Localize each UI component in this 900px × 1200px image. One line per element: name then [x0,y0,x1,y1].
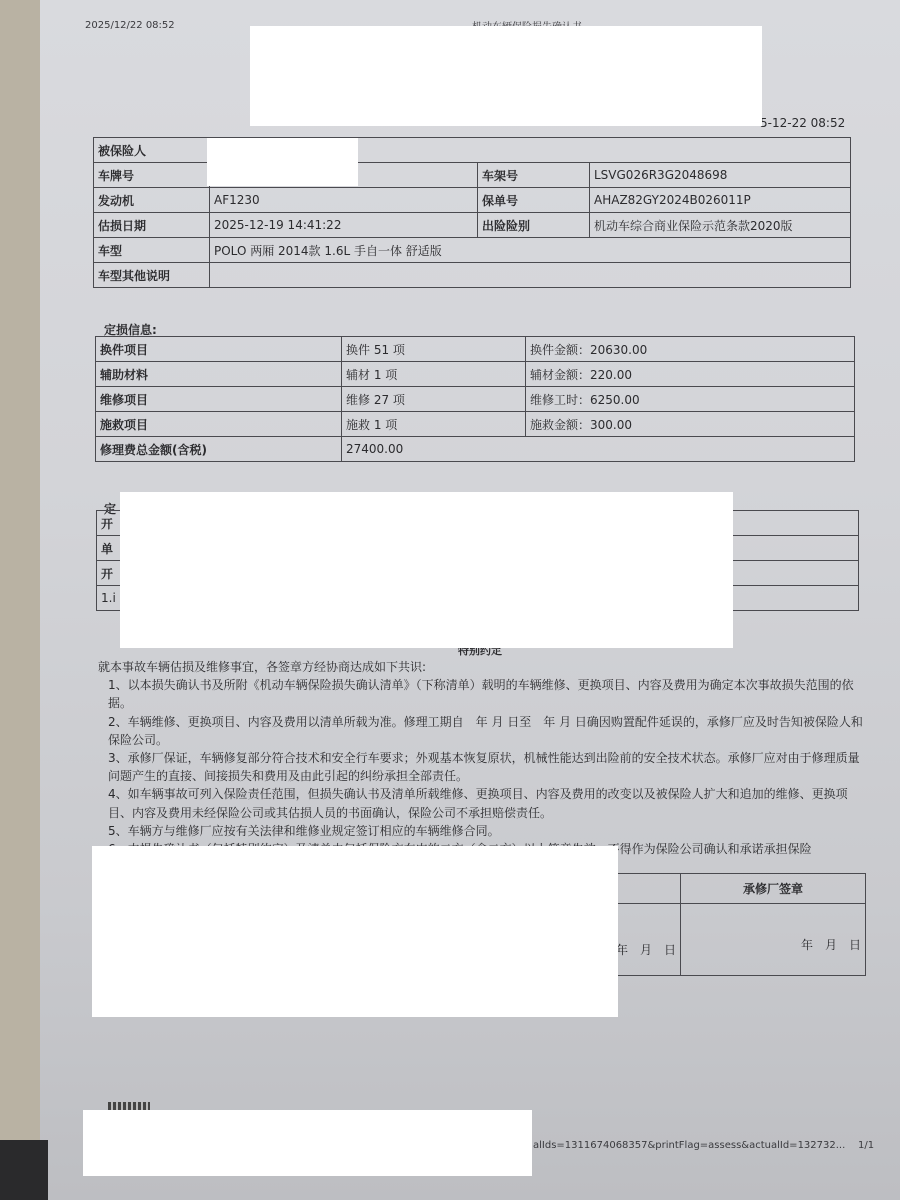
materials-count: 辅材 1 项 [342,362,526,387]
redaction-block [83,1110,532,1176]
repair-labor-amount: 维修工时：6250.00 [526,387,855,412]
vin-label: 车架号 [478,163,590,188]
table-row: 修理费总金额(含税) 27400.00 [96,437,855,462]
table-row: 施救项目 施救 1 项 施救金额：300.00 [96,412,855,437]
redaction-block [120,492,733,648]
rescue-count: 施救 1 项 [342,412,526,437]
special-agreement-text: 就本事故车辆估损及维修事宜，各签章方经协商达成如下共识: 1、以本损失确认书及所… [98,658,863,858]
engine-label: 发动机 [94,188,210,213]
table-row: 维修项目 维修 27 项 维修工时：6250.00 [96,387,855,412]
repair-count: 维修 27 项 [342,387,526,412]
policy-label: 保单号 [478,188,590,213]
page-number: 1/1 [858,1140,874,1151]
table-row: 辅助材料 辅材 1 项 辅材金额：220.00 [96,362,855,387]
footer-url: alIds=1311674068357&printFlag=assess&act… [533,1140,845,1151]
redaction-block [250,26,762,126]
repair-label: 维修项目 [96,387,342,412]
assess-date-value: 2025-12-19 14:41:22 [210,213,478,238]
materials-amount: 辅材金额：220.00 [526,362,855,387]
table-row: 换件项目 换件 51 项 换件金额：20630.00 [96,337,855,362]
repair-shop-sign-date: 年 月 日 [681,904,866,976]
report-datetime: 5-12-22 08:52 [760,116,845,130]
vin-value: LSVG026R3G2048698 [590,163,851,188]
agreement-clause: 3、承修厂保证，车辆修复部分符合技术和安全行车要求；外观基本恢复原状，机械性能达… [98,749,863,785]
model-notes-value [210,263,851,288]
model-notes-label: 车型其他说明 [94,263,210,288]
plate-label: 车牌号 [94,163,210,188]
parts-count: 换件 51 项 [342,337,526,362]
repair-shop-sign-label: 承修厂签章 [681,874,866,904]
insured-label: 被保险人 [94,138,210,163]
coverage-label: 出险险别 [478,213,590,238]
rescue-amount: 施救金额：300.00 [526,412,855,437]
agreement-intro: 就本事故车辆估损及维修事宜，各签章方经协商达成如下共识: [98,658,863,676]
coverage-value: 机动车综合商业保险示范条款2020版 [590,213,851,238]
agreement-clause: 1、以本损失确认书及所附《机动车辆保险损失确认清单》（下称清单）载明的车辆维修、… [98,676,863,712]
background-object [0,1140,48,1200]
policy-value: AHAZ82GY2024B026011P [590,188,851,213]
parts-label: 换件项目 [96,337,342,362]
table-row: 车型其他说明 [94,263,851,288]
total-label: 修理费总金额(含税) [96,437,342,462]
assess-date-label: 估损日期 [94,213,210,238]
redaction-block [92,846,618,1017]
model-label: 车型 [94,238,210,263]
total-amount: 27400.00 [342,437,855,462]
parts-amount: 换件金额：20630.00 [526,337,855,362]
agreement-clause: 2、车辆维修、更换项目、内容及费用以清单所载为准。修理工期自 年 月 日至 年 … [98,713,863,749]
print-datetime: 2025/12/22 08:52 [85,20,175,31]
engine-value: AF1230 [210,188,478,213]
assessment-table: 换件项目 换件 51 项 换件金额：20630.00 辅助材料 辅材 1 项 辅… [95,336,855,462]
rescue-label: 施救项目 [96,412,342,437]
agreement-clause: 5、车辆方与维修厂应按有关法律和维修业规定签订相应的车辆维修合同。 [98,822,863,840]
barcode-icon [108,1102,150,1110]
model-value: POLO 两厢 2014款 1.6L 手自一体 舒适版 [210,238,851,263]
agreement-clause: 4、如车辆事故可列入保险责任范围，但损失确认书及清单所载维修、更换项目、内容及费… [98,785,863,821]
table-row: 车型 POLO 两厢 2014款 1.6L 手自一体 舒适版 [94,238,851,263]
table-row: 发动机 AF1230 保单号 AHAZ82GY2024B026011P [94,188,851,213]
redaction-block [207,138,358,186]
materials-label: 辅助材料 [96,362,342,387]
table-row: 估损日期 2025-12-19 14:41:22 出险险别 机动车综合商业保险示… [94,213,851,238]
